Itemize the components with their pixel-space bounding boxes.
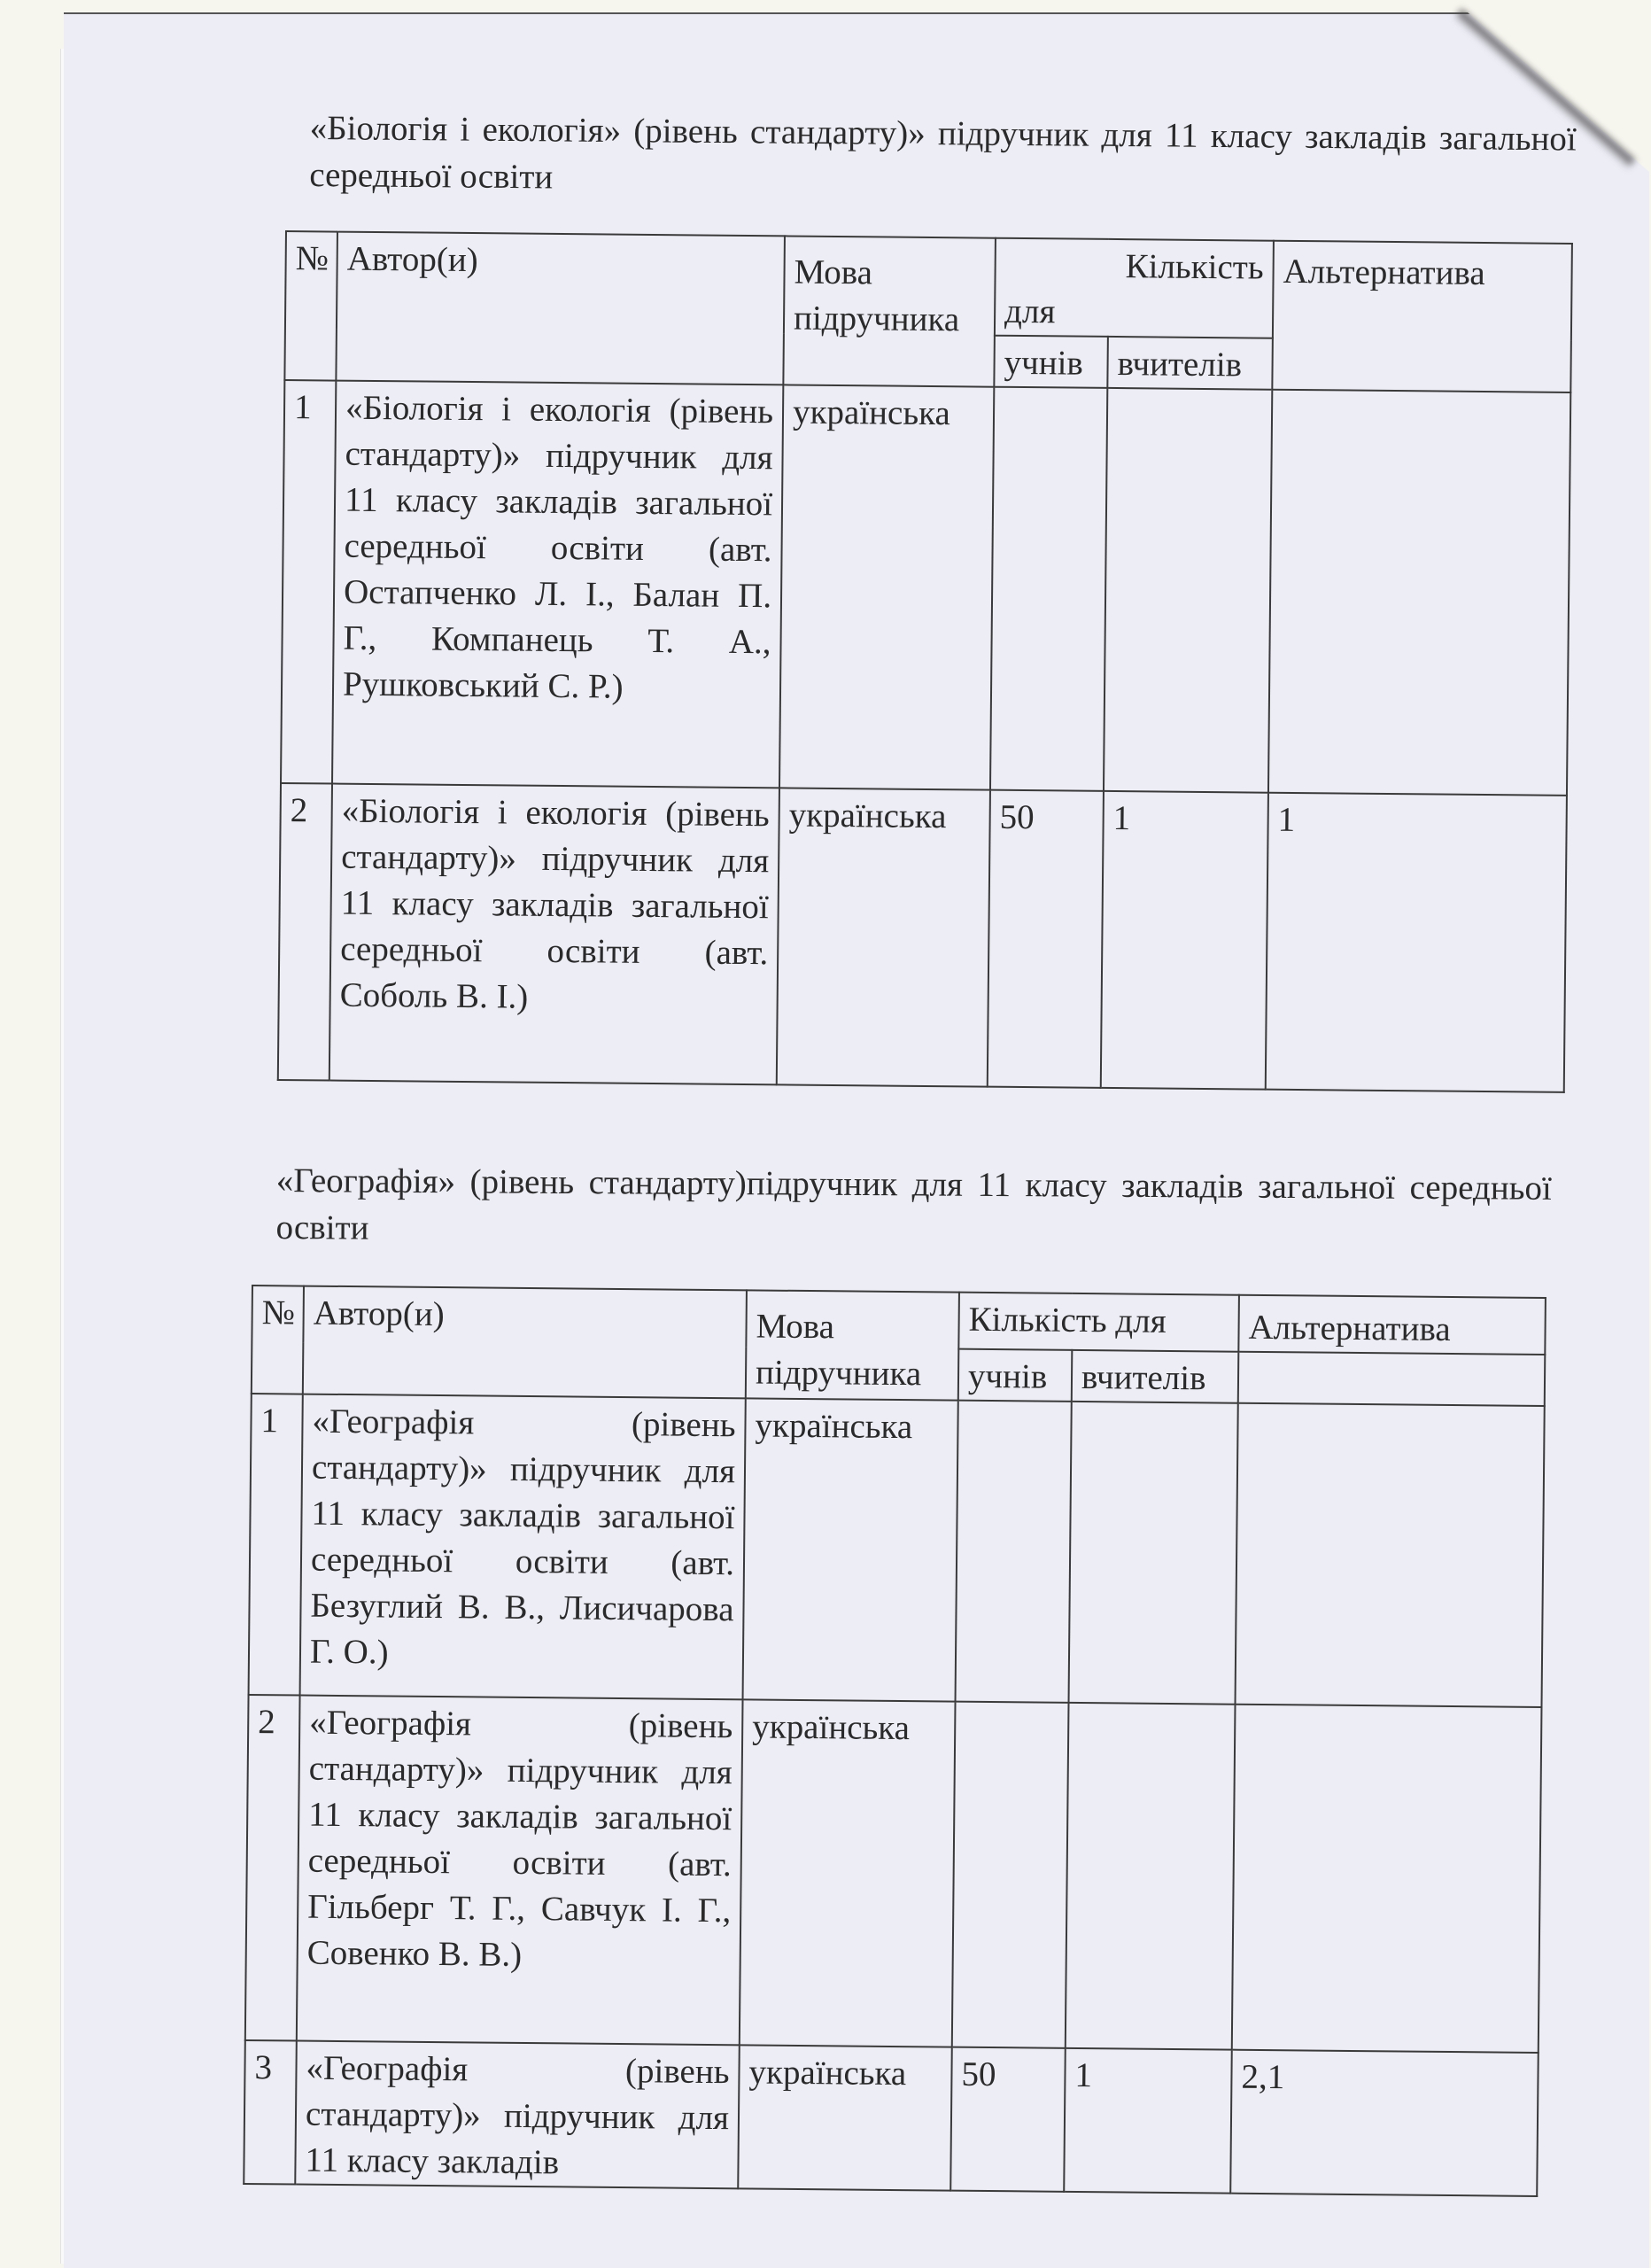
row-teachers [1069, 1402, 1238, 1705]
row-number: 1 [249, 1394, 303, 1696]
header-quantity-line1: Кількість [1004, 243, 1263, 291]
header-alternative: Альтернатива [1238, 1295, 1546, 1355]
biology-section-heading: «Біологія і екологія» (рівень стандарту)… [309, 105, 1577, 209]
row-teachers [1066, 1703, 1236, 2050]
table-row: 1 «Географія (рівень стандарту)» підручн… [249, 1394, 1545, 1707]
row-title: «Географія (рівень стандарту)» підручник… [295, 2041, 740, 2189]
row-language: українська [738, 2045, 952, 2190]
geography-section-heading: «Географія» (рівень стандарту)підручник … [275, 1157, 1552, 1259]
row-students: 50 [950, 2047, 1066, 2192]
header-quantity-line2: для [1004, 289, 1263, 338]
table-row: 1 «Біологія і екологія (рівень стандарту… [281, 380, 1570, 796]
header-language: Мова підручника [746, 1290, 959, 1400]
table-row: 3 «Географія (рівень стандарту)» підручн… [244, 2040, 1539, 2196]
header-authors: Автор(и) [303, 1286, 747, 1399]
row-students [956, 1401, 1072, 1703]
row-teachers: 1 [1064, 2048, 1232, 2194]
row-alternative [1268, 390, 1570, 796]
row-students [990, 387, 1107, 791]
header-students: учнів [994, 336, 1108, 388]
row-alternative: 1 [1266, 793, 1567, 1092]
header-language: Мова підручника [783, 236, 996, 386]
row-number: 2 [245, 1695, 300, 2041]
underlying-page-edge [60, 49, 64, 2264]
header-students: учнів [958, 1349, 1073, 1402]
row-alternative [1236, 1403, 1545, 1707]
row-title: «Біологія і екологія (рівень стандарту)»… [329, 784, 779, 1085]
row-alternative [1232, 1705, 1542, 2053]
header-number: № [252, 1285, 304, 1394]
header-authors: Автор(и) [336, 232, 785, 385]
header-teachers: вчителів [1072, 1350, 1239, 1403]
header-number: № [284, 231, 337, 381]
table-row: 2 «Географія (рівень стандарту)» підручн… [245, 1695, 1542, 2053]
header-alternative-empty [1238, 1352, 1546, 1406]
row-title: «Географія (рівень стандарту)» підручник… [300, 1394, 746, 1700]
row-title: «Біологія і екологія (рівень стандарту)»… [332, 381, 783, 788]
header-quantity-group: Кількість для [958, 1293, 1239, 1352]
row-number: 3 [244, 2040, 297, 2185]
row-teachers [1104, 388, 1272, 793]
row-number: 1 [281, 380, 336, 784]
row-language: українська [743, 1398, 958, 1701]
row-title: «Географія (рівень стандарту)» підручник… [297, 1696, 743, 2046]
table-header-row: № Автор(и) Мова підручника Кількість для… [285, 231, 1572, 341]
row-students: 50 [988, 790, 1104, 1088]
row-students [952, 1702, 1069, 2048]
biology-textbook-table: № Автор(и) Мова підручника Кількість для… [277, 230, 1573, 1093]
header-quantity-group: Кількість для [995, 238, 1274, 338]
row-language: українська [779, 384, 994, 789]
row-language: українська [740, 1699, 956, 2047]
row-teachers: 1 [1101, 791, 1268, 1090]
row-number: 2 [278, 783, 332, 1081]
row-language: українська [777, 788, 990, 1086]
row-alternative: 2,1 [1230, 2050, 1539, 2196]
header-teachers: вчителів [1107, 337, 1273, 390]
table-row: 2 «Біологія і екологія (рівень стандарту… [278, 783, 1567, 1092]
header-alternative: Альтернатива [1272, 241, 1572, 392]
geography-textbook-table: № Автор(и) Мова підручника Кількість для… [243, 1285, 1546, 2197]
table-header-row: № Автор(и) Мова підручника Кількість для… [252, 1285, 1546, 1355]
